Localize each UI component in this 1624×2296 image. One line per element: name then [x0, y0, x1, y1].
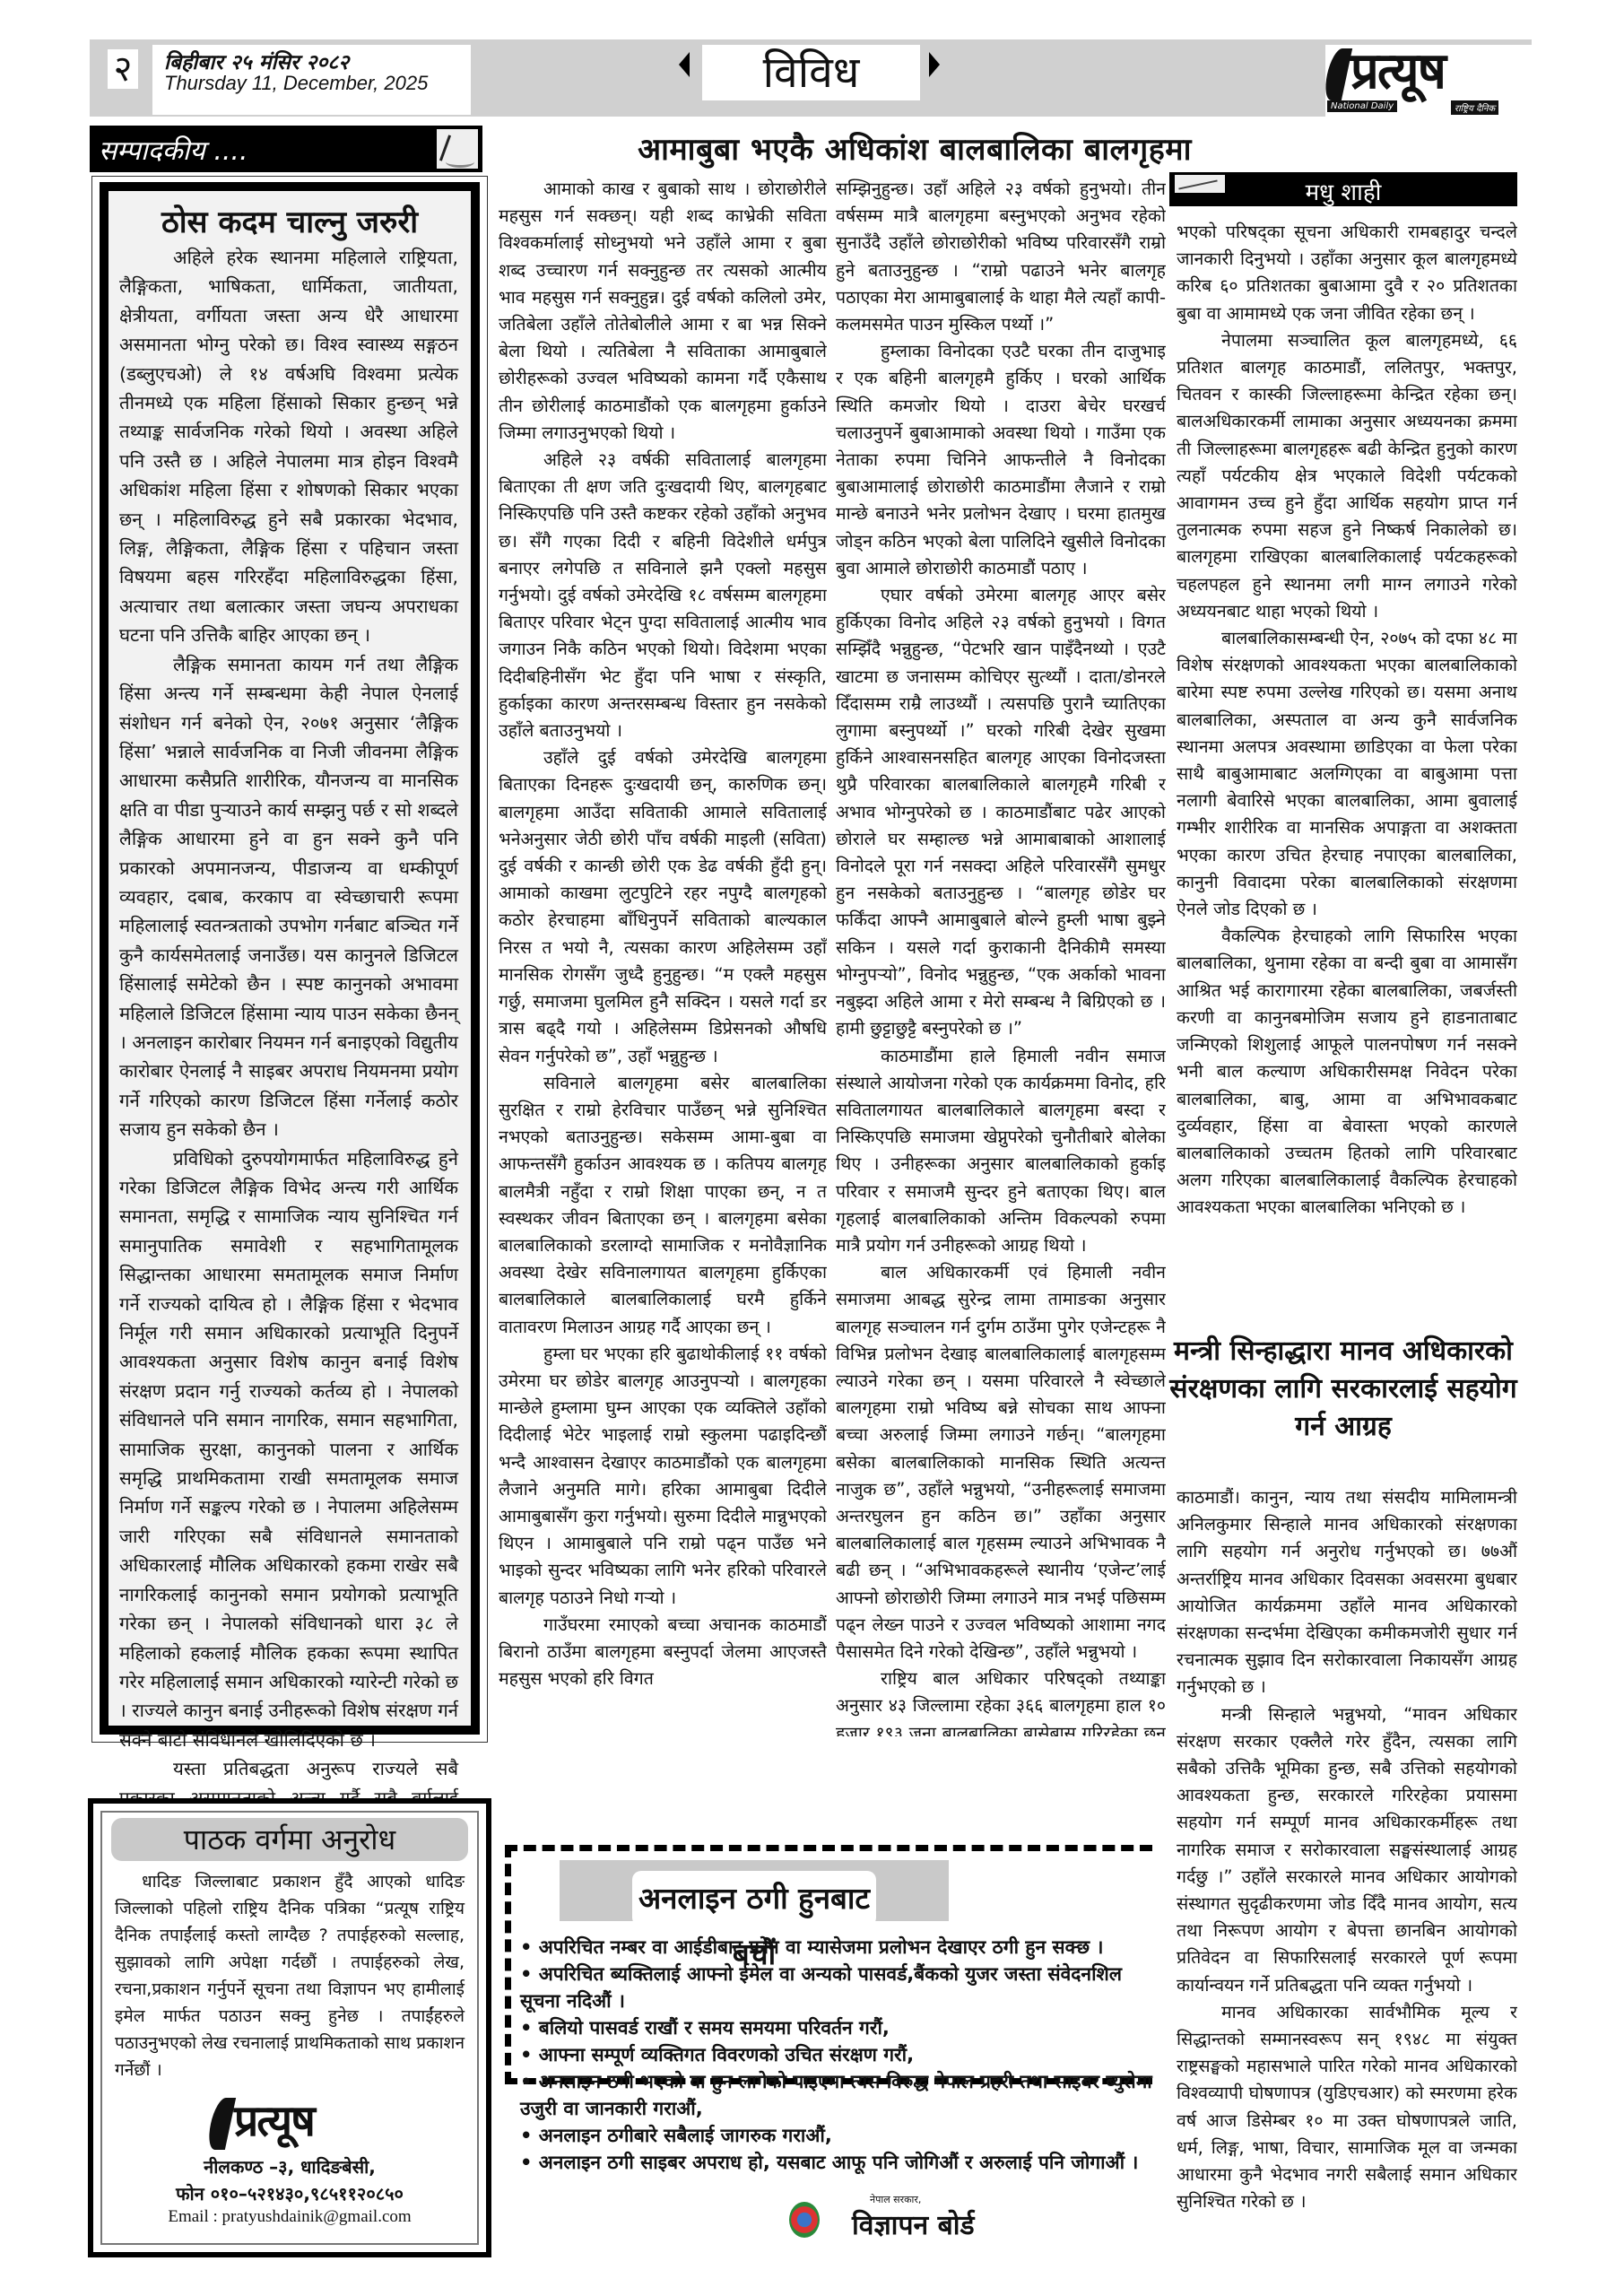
paragraph: काठमाडौं। कानुन, न्याय तथा संसदीय मामिला…	[1177, 1484, 1517, 1701]
editorial-body: अहिले हरेक स्थानमा महिलाले राष्ट्रियता, …	[109, 243, 471, 1958]
email-link[interactable]: Email : pratyushdainik@gmail.com	[102, 2207, 477, 2227]
side-story-column: काठमाडौं। कानुन, न्याय तथा संसदीय मामिला…	[1177, 1484, 1517, 2274]
paragraph: काठमाडौंमा हाले हिमाली नवीन समाज संस्थाल…	[836, 1043, 1166, 1260]
sponsor-name: विज्ञापन बोर्ड	[852, 2205, 975, 2242]
paragraph: आमाको काख र बुबाको साथ । छोराछोरीले महसु…	[499, 176, 827, 447]
main-headline: आमाबुबा भएकै अधिकांश बालबालिका बालगृहमा	[484, 127, 1345, 169]
logo-sub-en: National Daily	[1327, 100, 1397, 112]
advertisement-box: अनलाइन ठगी हुनबाट बचौं • अपरिचित नम्बर व…	[505, 1845, 1152, 2084]
author-name: मधु शाही	[1169, 175, 1517, 207]
ad-item: • आफ्ना सम्पूर्ण व्यक्तिगत विवरणको उचित …	[520, 2041, 1152, 2068]
editorial-paragraph: अहिले हरेक स्थानमा महिलाले राष्ट्रियता, …	[119, 243, 458, 650]
feather-icon	[205, 2098, 236, 2150]
ad-title: अनलाइन ठगी हुनबाट बचौं	[632, 1871, 876, 1926]
newspaper-logo: प्रत्यूष National Daily राष्ट्रिय दैनिक	[1325, 45, 1532, 118]
paragraph: मन्त्री सिन्हाले भन्नुभयो, “मावन अधिकार …	[1177, 1701, 1517, 1999]
logo-sub-np: राष्ट्रिय दैनिक	[1451, 100, 1498, 115]
ad-item: • बलियो पासवर्ड राखौं र समय समयमा परिवर्…	[520, 2014, 1152, 2041]
reader-request-body: धादिङ जिल्लाबाट प्रकाशन हुँदै आएको धादिङ…	[115, 1868, 465, 2083]
article-column-3: भएको परिषद्का सूचना अधिकारी रामबहादुर चन…	[1177, 219, 1517, 1340]
paragraph: हुम्ला घर भएका हरि बुढाथोकीलाई ११ वर्षको…	[499, 1341, 827, 1612]
paragraph: अहिले २३ वर्षकी सवितालाई बालगृहमा बिताएक…	[499, 447, 827, 744]
ad-item: • अनलाइन ठगी साइबर अपराध हो, यसबाट आफू प…	[520, 2149, 1152, 2176]
sponsor-small: नेपाल सरकार,	[870, 2193, 921, 2206]
editorial-paragraph: लैङ्गिक समानता कायम गर्न तथा लैङ्गिक हिं…	[119, 650, 458, 1144]
paragraph: वैकल्पिक हेरचाहको लागि सिफारिस भएका बालब…	[1177, 923, 1517, 1221]
triangle-left-icon	[679, 52, 690, 77]
paragraph: सविनाले बालगृहमा बसेर बालबालिका सुरक्षित…	[499, 1070, 827, 1341]
reader-request-title: पाठक वर्गमा अनुरोध	[111, 1818, 468, 1861]
article-column-2: सम्झिनुहुन्छ। उहाँ अहिले २३ वर्षको हुनुभ…	[836, 176, 1166, 1736]
reader-request-box: पाठक वर्गमा अनुरोध धादिङ जिल्लाबाट प्रका…	[88, 1798, 491, 2257]
pen-icon	[437, 129, 478, 169]
paragraph: सम्झिनुहुन्छ। उहाँ अहिले २३ वर्षको हुनुभ…	[836, 176, 1166, 338]
ad-item: • अपरिचित नम्बर वा आईडीबाट फोन वा म्यासे…	[520, 1934, 1152, 1961]
paragraph: उहाँले दुई वर्षको उमेरदेखि बालगृहमा बिता…	[499, 744, 827, 1069]
paragraph: मानव अधिकारका सार्वभौमिक मूल्य र सिद्धान…	[1177, 1999, 1517, 2216]
ad-item: • अनलाइन ठगीबारे सबैलाई जागरुक गराऔं,	[520, 2122, 1152, 2149]
editorial-title: ठोस कदम चाल्नु जरुरी	[109, 200, 471, 241]
paragraph: गाउँघरमा रमाएको बच्चा अचानक काठमाडौं बिर…	[499, 1612, 827, 1693]
date-english: Thursday 11, December, 2025	[164, 72, 428, 95]
ad-list: • अपरिचित नम्बर वा आईडीबाट फोन वा म्यासे…	[520, 1934, 1152, 2176]
triangle-right-icon	[929, 52, 940, 77]
newspaper-logo-small: प्रत्यूष	[209, 2094, 370, 2153]
ad-sponsor: नेपाल सरकार, विज्ञापन बोर्ड	[789, 2193, 995, 2247]
editorial-label: सम्पादकीय ....	[99, 131, 248, 168]
ad-item: • अनलाइन ठगी भएको वा हुन लागेको पाइएमा त…	[520, 2068, 1152, 2122]
logo-wordmark: प्रत्यूष	[234, 2094, 314, 2148]
paragraph: बाल अधिकारकर्मी एवं हिमाली नवीन समाजमा आ…	[836, 1259, 1166, 1665]
page-number: २	[108, 49, 138, 89]
paragraph: बालबालिकासम्बन्धी ऐन, २०७५ को दफा ४८ मा …	[1177, 625, 1517, 923]
paragraph: एघार वर्षको उमेरमा बालगृह आएर बसेर हुर्क…	[836, 582, 1166, 1042]
editorial-box: ठोस कदम चाल्नु जरुरी अहिले हरेक स्थानमा …	[91, 176, 488, 1743]
ad-item: • अपरिचित ब्यक्तिलाई आफ्नो ईमेल वा अन्यक…	[520, 1961, 1152, 2014]
logo-wordmark: प्रत्यूष	[1350, 45, 1445, 99]
address: नीलकण्ठ –३, धादिङबेसी,	[102, 2153, 477, 2180]
editorial-header: सम्पादकीय ....	[90, 126, 482, 172]
paragraph: राष्ट्रिय बाल अधिकार परिषद्को तथ्याङ्का …	[836, 1665, 1166, 1736]
paragraph: नेपालमा सञ्चालित कूल बालगृहमध्ये, ६६ प्र…	[1177, 327, 1517, 625]
byline-bar: मधु शाही	[1169, 172, 1517, 206]
section-title: विविध	[702, 45, 920, 100]
article-column-1: आमाको काख र बुबाको साथ । छोराछोरीले महसु…	[499, 176, 827, 1736]
paragraph: भएको परिषद्का सूचना अधिकारी रामबहादुर चन…	[1177, 219, 1517, 327]
phone: फोन ०१०–५२१४३०,९८५११२०८५०	[102, 2180, 477, 2207]
side-headline: मन्त्री सिन्हाद्धारा मानव अधिकारको संरक्…	[1169, 1333, 1517, 1446]
editorial-paragraph: प्रविधिको दुरुपयोगमार्फत महिलाविरुद्ध हु…	[119, 1144, 458, 1755]
paragraph: हुम्लाका विनोदका एउटै घरका तीन दाजुभाइ र…	[836, 338, 1166, 582]
nepal-emblem-icon	[789, 2202, 820, 2238]
feather-icon	[1322, 48, 1352, 100]
